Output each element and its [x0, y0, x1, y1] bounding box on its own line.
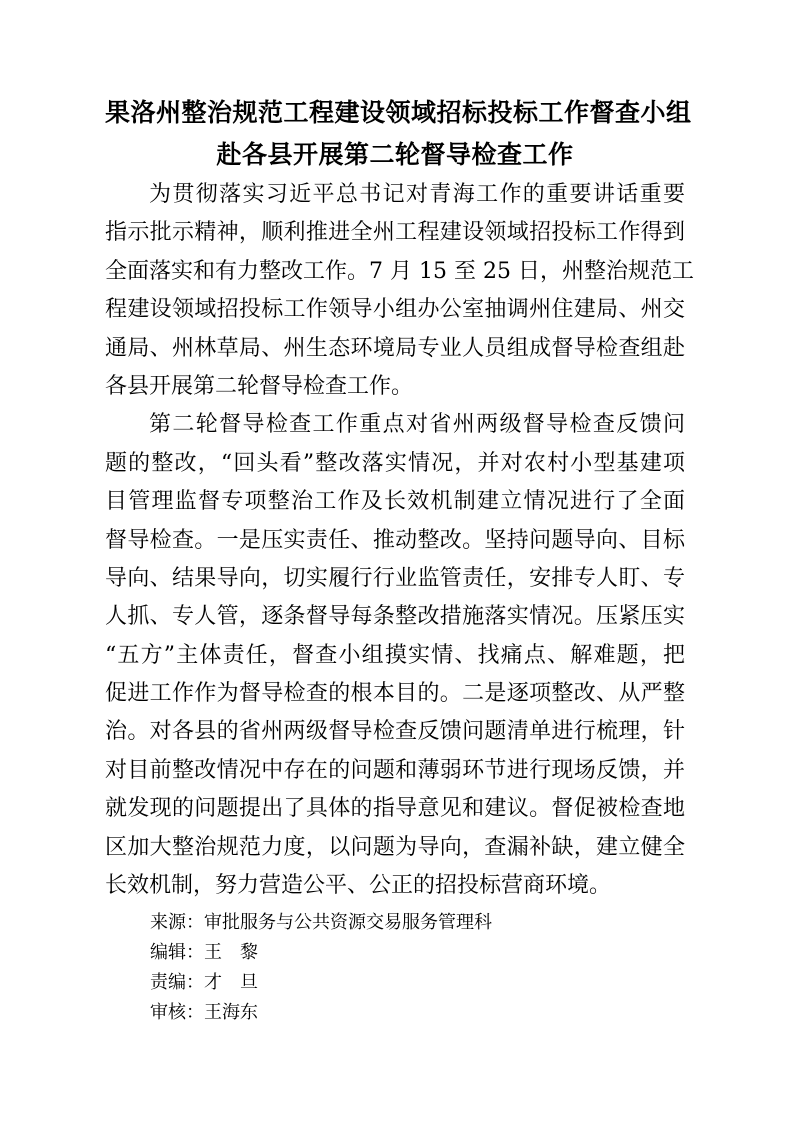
text-line: 责编：才 旦: [150, 968, 685, 998]
paragraph-1: 为贯彻落实习近平总书记对青海工作的重要讲话重要指示批示精神，顺利推进全州工程建设…: [105, 176, 685, 406]
text-line: 来源：审批服务与公共资源交易服务管理科: [150, 908, 685, 938]
text-line: 目管理监督专项整治工作及长效机制建立情况进行了全面: [105, 483, 685, 521]
text-line: 人抓、专人管，逐条督导每条整改措施落实情况。压紧压实: [105, 598, 685, 636]
document-page: 果洛州整治规范工程建设领域招标投标工作督查小组 赴各县开展第二轮督导检查工作 为…: [0, 0, 793, 1122]
text-line: 审核：王海东: [150, 998, 685, 1028]
document-title: 果洛州整治规范工程建设领域招标投标工作督查小组 赴各县开展第二轮督导检查工作: [105, 0, 685, 176]
text-line: 指示批示精神，顺利推进全州工程建设领域招投标工作得到: [105, 214, 685, 252]
text-line: 程建设领域招投标工作领导小组办公室抽调州住建局、州交: [105, 291, 685, 329]
document-content: 果洛州整治规范工程建设领域招标投标工作督查小组 赴各县开展第二轮督导检查工作 为…: [105, 0, 685, 1028]
text-line: 对目前整改情况中存在的问题和薄弱环节进行现场反馈，并: [105, 752, 685, 790]
text-line: 编辑：王 黎: [150, 938, 685, 968]
document-footer: 来源：审批服务与公共资源交易服务管理科编辑：王 黎责编：才 旦审核：王海东: [105, 908, 685, 1028]
title-line-2: 赴各县开展第二轮督导检查工作: [105, 134, 685, 176]
text-line: 就发现的问题提出了具体的指导意见和建议。督促被检查地: [105, 790, 685, 828]
paragraph-2: 第二轮督导检查工作重点对省州两级督导检查反馈问题的整改，“回头看”整改落实情况，…: [105, 406, 685, 905]
text-line: 长效机制，努力营造公平、公正的招投标营商环境。: [105, 867, 685, 905]
title-line-1: 果洛州整治规范工程建设领域招标投标工作督查小组: [105, 92, 685, 134]
text-line: 各县开展第二轮督导检查工作。: [105, 368, 685, 406]
text-line: 促进工作作为督导检查的根本目的。二是逐项整改、从严整: [105, 675, 685, 713]
text-line: 第二轮督导检查工作重点对省州两级督导检查反馈问: [105, 406, 685, 444]
text-line: 通局、州林草局、州生态环境局专业人员组成督导检查组赴: [105, 330, 685, 368]
text-line: 督导检查。一是压实责任、推动整改。坚持问题导向、目标: [105, 522, 685, 560]
document-body: 为贯彻落实习近平总书记对青海工作的重要讲话重要指示批示精神，顺利推进全州工程建设…: [105, 176, 685, 905]
text-line: 区加大整治规范力度，以问题为导向，查漏补缺，建立健全: [105, 829, 685, 867]
text-line: “五方”主体责任，督查小组摸实情、找痛点、解难题，把: [105, 637, 685, 675]
text-line: 全面落实和有力整改工作。7 月 15 至 25 日，州整治规范工: [105, 253, 685, 291]
text-line: 为贯彻落实习近平总书记对青海工作的重要讲话重要: [105, 176, 685, 214]
text-line: 治。对各县的省州两级督导检查反馈问题清单进行梳理，针: [105, 713, 685, 751]
text-line: 题的整改，“回头看”整改落实情况，并对农村小型基建项: [105, 445, 685, 483]
text-line: 导向、结果导向，切实履行行业监管责任，安排专人盯、专: [105, 560, 685, 598]
